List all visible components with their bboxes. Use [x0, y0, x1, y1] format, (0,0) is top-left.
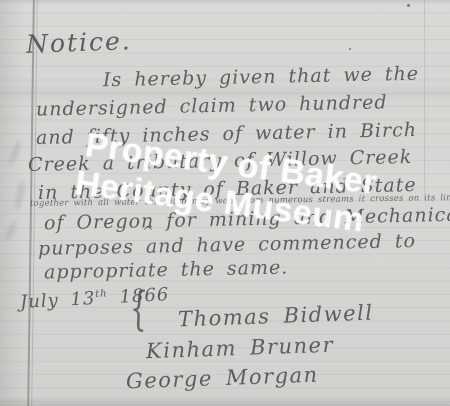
body-line: Creek a tributary of Willow Creek	[28, 146, 413, 176]
ink-smudge	[13, 180, 26, 211]
date-ordinal: th	[95, 288, 108, 300]
signature: Kinham Bruner	[146, 333, 335, 364]
ink-smudge	[4, 220, 19, 242]
body-line: Is hereby given that we the	[103, 63, 419, 92]
body-line: appropriate the same.	[44, 256, 289, 283]
paper-crease	[424, 0, 425, 200]
document-title: Notice.	[26, 26, 133, 59]
body-line: and fifty inches of water in Birch	[36, 119, 417, 149]
signature: George Morgan	[126, 363, 319, 394]
date-month-day: July 13	[20, 288, 96, 313]
ink-smudge	[8, 140, 23, 166]
brace-mark: {	[129, 280, 149, 336]
signature: Thomas Bidwell	[178, 301, 374, 332]
paper-speck	[407, 4, 410, 7]
body-line: undersigned claim two hundred	[36, 91, 388, 120]
paper-speck	[349, 48, 351, 50]
body-line: purposes and have commenced to	[38, 230, 416, 260]
scanned-document-page: Notice. Is hereby given that we the unde…	[0, 0, 450, 406]
